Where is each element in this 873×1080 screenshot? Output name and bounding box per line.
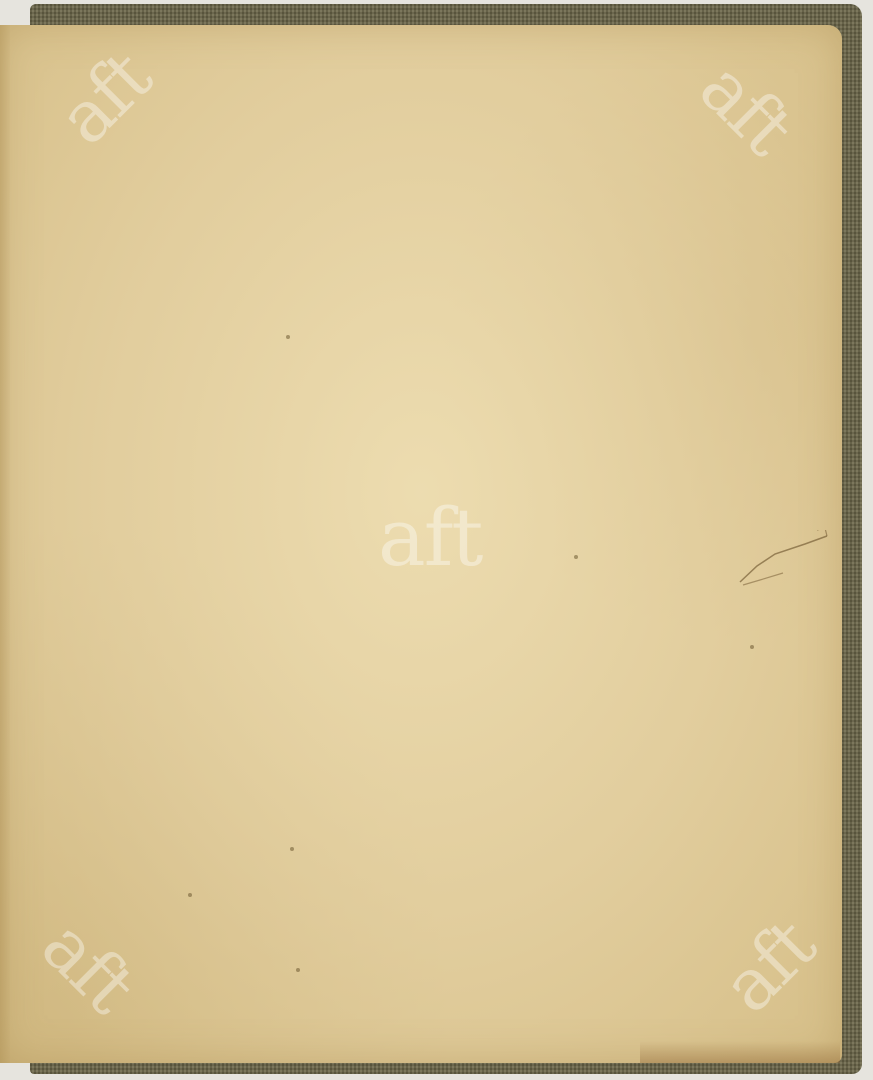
speck — [286, 335, 290, 339]
water-stain — [640, 1041, 840, 1063]
speck — [188, 893, 192, 897]
speck — [574, 555, 578, 559]
speck — [296, 968, 300, 972]
watermark-center: aft — [378, 498, 481, 578]
speck — [290, 847, 294, 851]
paper-tear — [735, 530, 830, 590]
page-spine-shadow — [0, 25, 10, 1063]
speck — [750, 645, 754, 649]
